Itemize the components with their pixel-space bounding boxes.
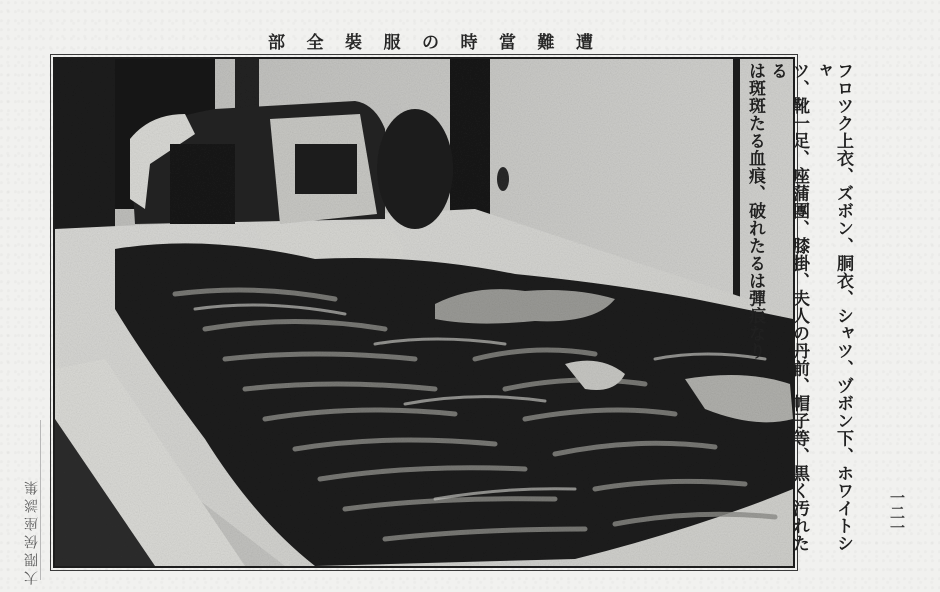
running-book-title: 大隈侯座談集 [22,420,42,585]
title-char: 當 [499,28,516,53]
title-char: 全 [307,28,324,53]
page-title: 遭 難 當 時 の 服 裝 全 部 [268,28,593,53]
title-char: 部 [268,28,285,53]
title-char: 服 [384,28,401,53]
photo-caption: フロツク上衣、ズボン、胴衣、シャツ、ヅボン下、ホワイトシャ ツ、靴一足、座蒲團、… [744,62,854,562]
photograph [53,57,795,568]
page-number: 一二一 [887,490,908,535]
title-char: 時 [461,28,478,53]
caption-column-3: は斑斑たる血痕、破れたるは彈痕なり [744,62,766,562]
title-char: 難 [538,28,555,53]
title-char: の [422,28,439,53]
photo-illustration [55,59,793,566]
caption-column-1: フロツク上衣、ズボン、胴衣、シャツ、ヅボン下、ホワイトシャ [810,62,854,562]
title-char: 遭 [576,28,593,53]
caption-column-2: ツ、靴一足、座蒲團、膝掛、夫人の丹前、帽子等、黒く汚れたる [766,62,810,562]
title-char: 裝 [345,28,362,53]
